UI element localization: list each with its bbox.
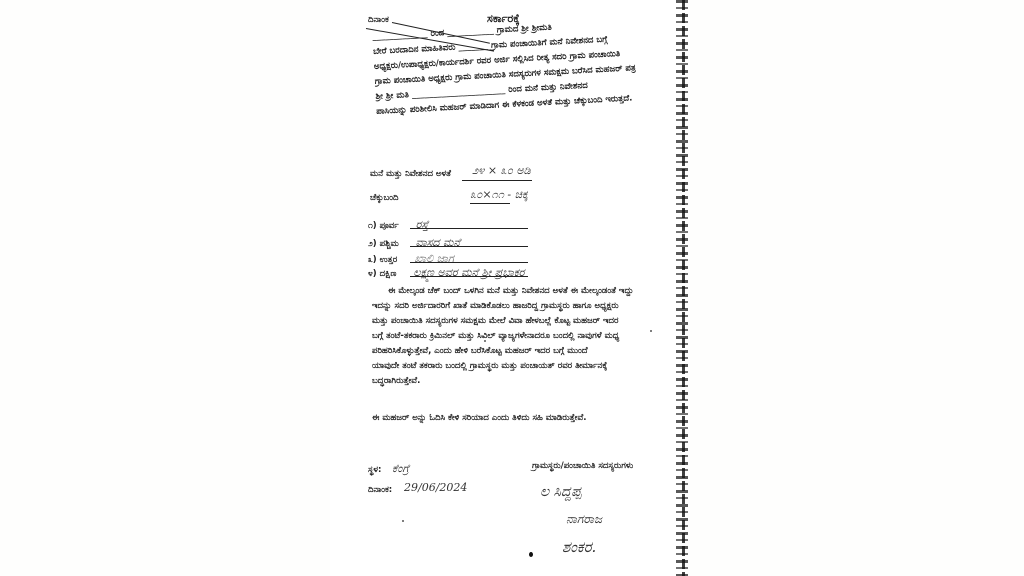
scan-speck <box>650 330 652 332</box>
opening-paragraph: _____________ ರಿಂದ ___________ ಗ್ರಾಮದ ಶ್… <box>372 14 682 120</box>
boundary-north: ೩) ಉತ್ತರ ಖಾಲಿ ಜಾಗ <box>368 252 454 266</box>
boundary-label: ಚೆಕ್ಕುಬಂದಿ <box>370 194 399 203</box>
measure-value: ೨೪ × ೩೦ ಅಡಿ <box>472 164 531 178</box>
measure-label: ಮನೆ ಮತ್ತು ನಿವೇಶನದ ಅಳತೆ <box>370 170 451 179</box>
boundary-north-underline <box>410 262 528 263</box>
declaration-paragraph: ಈ ಮೇಲ್ಕಂಡ ಚೆಕ್ ಬಂದ್ ಒಳಗಿನ ಮನೆ ಮತ್ತು ನಿವೇ… <box>372 284 678 389</box>
sign-date-value: 29/06/2024 <box>404 481 467 494</box>
paragraph-line: ಈ ಮೇಲ್ಕಂಡ ಚೆಕ್ ಬಂದ್ ಒಳಗಿನ ಮನೆ ಮತ್ತು ನಿವೇ… <box>372 284 678 299</box>
scan-speck <box>484 340 486 342</box>
signature-3: ಶಂಕರ. <box>562 538 596 556</box>
scan-speck <box>529 552 533 557</box>
boundary-west: ೨) ಪಶ್ಚಿಮ ವಾಸದ ಮನೆ <box>368 236 460 250</box>
place-value: ಕೆಂಗ್ರೆ <box>392 462 409 476</box>
signature-1: ಲ ಸಿದ್ದಪ್ಪ <box>540 484 581 500</box>
paragraph-line: ಮತ್ತು ಪಂಚಾಯಿತಿ ಸದಸ್ಯರುಗಳ ಸಮಕ್ಷಮ ಮೇಲೆ ವಿವ… <box>372 314 678 329</box>
paragraph-line: ಪರಿಹರಿಸಿಕೊಳ್ಳುತ್ತೇವೆ, ಎಂದು ಹೇಳಿ ಬರೆಸಿಕೊಟ… <box>372 344 678 359</box>
scan-speck <box>402 520 404 522</box>
sign-date-label: ದಿನಾಂಕ: <box>368 486 392 495</box>
measure-underline <box>462 180 532 181</box>
closing-line: ಈ ಮಹಜರ್ ಅನ್ನು ಓದಿಸಿ ಕೇಳಿ ಸರಿಯಾದ ಎಂದು ತಿಳ… <box>372 414 586 423</box>
boundary-south-underline <box>410 276 528 277</box>
place-label: ಸ್ಥಳ: <box>368 466 381 475</box>
boundary-underline <box>470 203 510 204</box>
scan-binding-edge-dark <box>682 0 685 576</box>
boundary-south: ೪) ದಕ್ಷಿಣ ಲಕ್ಷ್ಮಣ ಅವರ ಮನೆ ಶ್ರೀ ಪ್ರಭಾಕರ <box>368 266 525 280</box>
boundary-east-underline <box>410 228 528 229</box>
paragraph-line: ಬದ್ಧರಾಗಿರುತ್ತೇವೆ. <box>372 374 678 389</box>
paragraph-line: ಇದನ್ನು ಸದರಿ ಅರ್ಜಿದಾರರಿಗೆ ಖಾತೆ ಮಾಡಿಕೊಡಲು … <box>372 299 678 314</box>
paragraph-line: ಯಾವುದೇ ತಂಟೆ ತಕರಾರು ಬಂದಲ್ಲಿ ಗ್ರಾಮಸ್ಥರು ಮತ… <box>372 359 678 374</box>
signatories-label: ಗ್ರಾಮಸ್ಥರು/ಪಂಚಾಯಿತಿ ಸದಸ್ಯರುಗಳು <box>532 462 633 471</box>
signature-2: ನಾಗರಾಜ <box>566 512 602 527</box>
boundary-west-underline <box>410 246 528 247</box>
boundary-value: ೩೦×೧೧ - ಚಿಕ್ಕ <box>470 188 528 202</box>
boundary-east: ೧) ಪೂರ್ವ ರಸ್ತೆ <box>368 218 429 232</box>
date-label: ದಿನಾಂಕ <box>368 16 389 25</box>
paragraph-line: ಬಗ್ಗೆ ತಂಟೆ-ತಕರಾರು ಕ್ರಿಮಿನಲ್ ಮತ್ತು ಸಿವಿಲ್… <box>372 329 678 344</box>
